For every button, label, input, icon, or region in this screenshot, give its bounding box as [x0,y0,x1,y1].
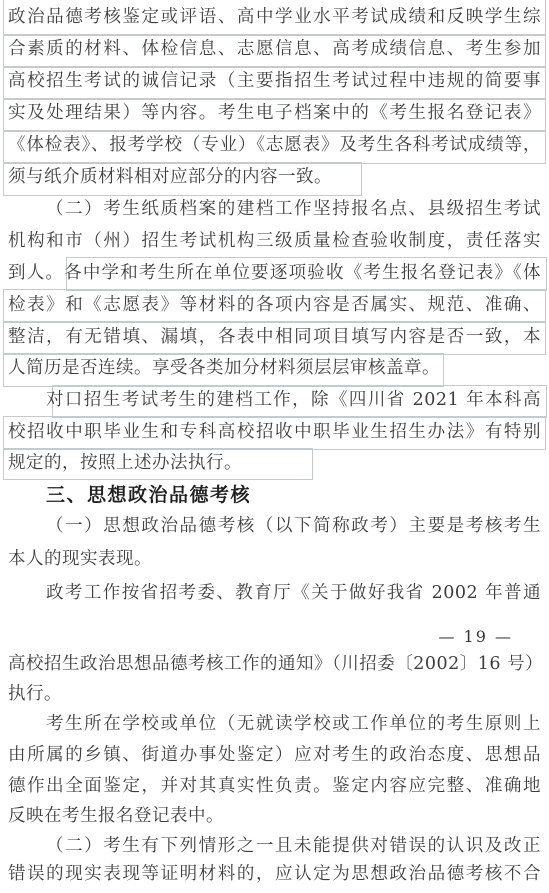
document-page: 政治品德考核鉴定或评语、高中学业水平考试成绩和反映学生综 合素质的材料、体检信息… [0,0,549,893]
doc-line: 规定的，按照上述办法执行。 [8,451,541,478]
page-number: — 19 — [438,627,513,646]
doc-line: 政考工作按省招考委、教育厅《关于做好我省 2002 年普通 [8,581,541,608]
doc-line: 由所属的乡镇、街道办事处鉴定）应对考生的政治态度、思想品 [8,743,541,770]
doc-line: 须与纸介质材料相对应部分的内容一致。 [8,165,541,192]
doc-line: 实及处理结果）等内容。考生电子档案中的《考生报名登记表》 [8,101,541,128]
section-heading: 三、思想政治品德考核 [8,483,541,510]
doc-line: 本人的现实表现。 [8,547,541,574]
doc-line: 执行。 [8,682,541,709]
doc-line: 校招收中职毕业生和专科高校招收中职毕业生招生办法》有特别 [8,420,541,447]
doc-line: 错误的现实表现等证明材料的，应认定为思想政治品德考核不合 [8,862,541,889]
doc-line: （一）思想政治品德考核（以下简称政考）主要是考核考生 [8,514,541,541]
doc-line: 检表》和《志愿表》等材料的各项内容是否属实、规范、准确、 [8,293,541,320]
doc-line: 高校招生考试的诚信记录（主要指招生考试过程中违规的简要事 [8,69,541,96]
doc-line: 政治品德考核鉴定或评语、高中学业水平考试成绩和反映学生综 [8,5,541,32]
doc-line: 德作出全面鉴定，并对其真实性负责。鉴定内容应完整、准确地 [8,774,541,801]
doc-line: （二）考生纸质档案的建档工作坚持报名点、县级招生考试 [8,197,541,224]
doc-line: 高校招生政治思想品德考核工作的通知》（川招委〔2002〕16 号） [8,652,541,679]
doc-line: 考生所在学校或单位（无就读学校或工作单位的考生原则上 [8,712,541,739]
doc-line: 到人。各中学和考生所在单位要逐项验收《考生报名登记表》《体 [8,261,541,288]
doc-line: 整洁，有无错填、漏填，各表中相同项目填写内容是否一致，本 [8,325,541,352]
doc-line: 《体检表》、报考学校（专业）《志愿表》及考生各科考试成绩等， [8,133,541,160]
doc-line: 反映在考生报名登记表中。 [8,804,541,831]
doc-line: 人简历是否连续。享受各类加分材料须层层审核盖章。 [8,356,541,383]
doc-line: 机构和市（州）招生考试机构三级质量检查验收制度，责任落实 [8,229,541,256]
doc-line: 对口招生考试考生的建档工作，除《四川省 2021 年本科高 [8,388,541,415]
doc-line: 合素质的材料、体检信息、志愿信息、高考成绩信息、考生参加 [8,37,541,64]
doc-line: （二）考生有下列情形之一且未能提供对错误的认识及改正 [8,834,541,861]
